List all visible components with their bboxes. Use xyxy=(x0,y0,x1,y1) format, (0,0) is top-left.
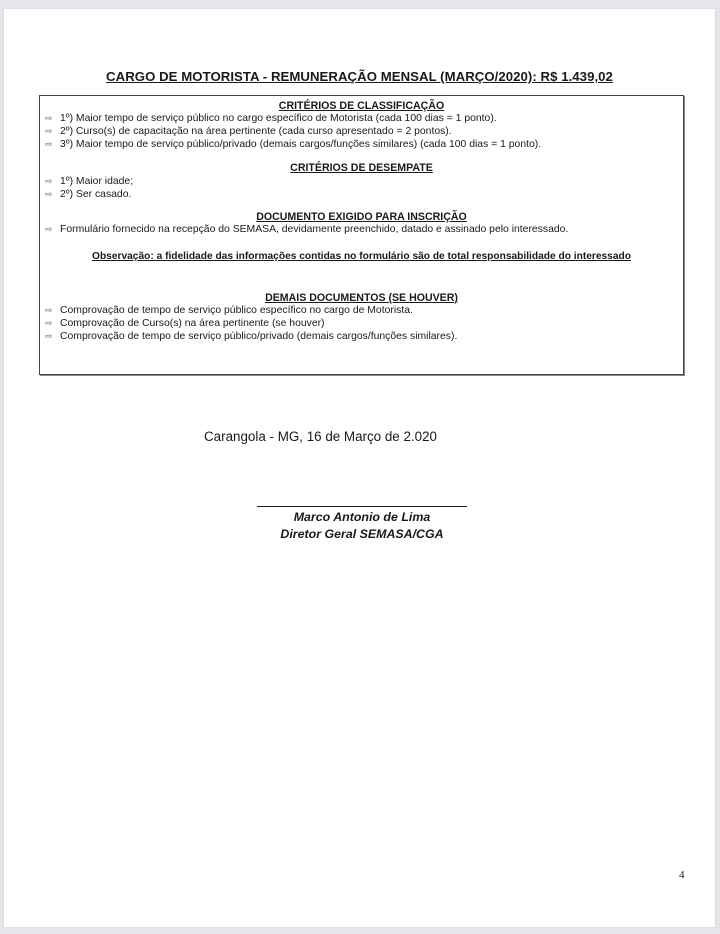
arrow-right-icon: ⇨ xyxy=(45,113,57,124)
signature-line xyxy=(257,506,467,507)
other-documents-item: ⇨Comprovação de tempo de serviço público… xyxy=(45,305,413,316)
arrow-right-icon: ⇨ xyxy=(45,176,57,187)
page-number: 4 xyxy=(679,869,685,881)
arrow-right-icon: ⇨ xyxy=(45,139,57,150)
document-title: CARGO DE MOTORISTA - REMUNERAÇÃO MENSAL … xyxy=(4,69,715,84)
arrow-right-icon: ⇨ xyxy=(45,331,57,342)
tiebreak-heading: CRITÉRIOS DE DESEMPATE xyxy=(40,162,683,174)
classification-heading: CRITÉRIOS DE CLASSIFICAÇÃO xyxy=(40,100,683,112)
arrow-right-icon: ⇨ xyxy=(45,189,57,200)
other-documents-heading: DEMAIS DOCUMENTOS (SE HOUVER) xyxy=(40,292,683,304)
criteria-box: CRITÉRIOS DE CLASSIFICAÇÃO ⇨1º) Maior te… xyxy=(39,95,684,375)
required-document-heading: DOCUMENTO EXIGIDO PARA INSCRIÇÃO xyxy=(40,211,683,223)
required-document-item: ⇨Formulário fornecido na recepção do SEM… xyxy=(45,224,568,235)
arrow-right-icon: ⇨ xyxy=(45,126,57,137)
tiebreak-item: ⇨1º) Maior idade; xyxy=(45,176,133,187)
other-documents-item: ⇨Comprovação de Curso(s) na área pertine… xyxy=(45,318,325,329)
other-documents-item: ⇨Comprovação de tempo de serviço público… xyxy=(45,331,457,342)
place-date: Carangola - MG, 16 de Março de 2.020 xyxy=(204,429,437,444)
arrow-right-icon: ⇨ xyxy=(45,305,57,316)
document-page: CARGO DE MOTORISTA - REMUNERAÇÃO MENSAL … xyxy=(4,9,715,927)
classification-item: ⇨3º) Maior tempo de serviço público/priv… xyxy=(45,139,541,150)
classification-item: ⇨1º) Maior tempo de serviço público no c… xyxy=(45,113,497,124)
signatory-role: Diretor Geral SEMASA/CGA xyxy=(257,527,467,541)
signatory-name: Marco Antonio de Lima xyxy=(257,510,467,524)
classification-item: ⇨2º) Curso(s) de capacitação na área per… xyxy=(45,126,452,137)
arrow-right-icon: ⇨ xyxy=(45,318,57,329)
arrow-right-icon: ⇨ xyxy=(45,224,57,235)
observation-note: Observação: a fidelidade das informações… xyxy=(40,251,683,262)
tiebreak-item: ⇨2º) Ser casado. xyxy=(45,189,131,200)
